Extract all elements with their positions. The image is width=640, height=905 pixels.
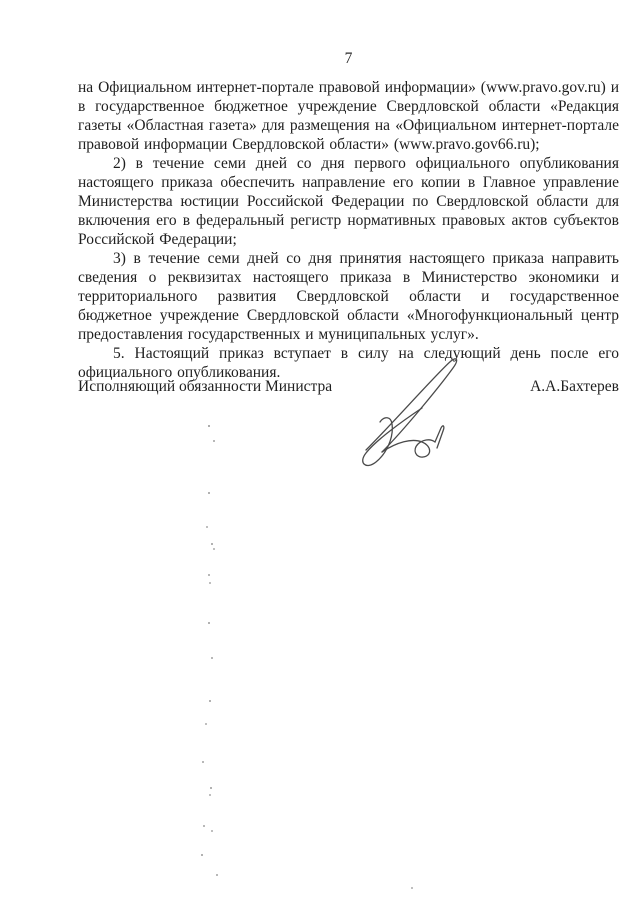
paragraph-item-5: 5. Настоящий приказ вступает в силу на с… [78,344,619,382]
signatory-title: Исполняющий обязанности Министра [78,378,332,396]
paragraph-item-3: 3) в течение семи дней со дня принятия н… [78,249,619,344]
scan-artifacts [208,425,210,427]
signature-block: Исполняющий обязанности Министра А.А.Бах… [78,378,619,396]
paragraph-continuation: на Официальном интернет-портале правовой… [78,78,619,154]
document-body: на Официальном интернет-портале правовой… [78,78,619,382]
paragraph-item-2: 2) в течение семи дней со дня первого оф… [78,154,619,249]
handwritten-signature-icon [352,350,464,470]
signatory-name: А.А.Бахтерев [530,378,619,396]
page-number: 7 [78,50,619,68]
document-page: 7 на Официальном интернет-портале правов… [0,0,640,905]
